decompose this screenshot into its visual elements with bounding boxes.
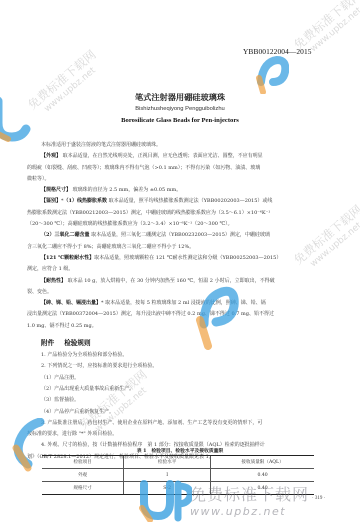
appendix-item: （4）产品停产后重新恢复生产。 [27, 407, 325, 418]
heat-resistance-line: 裂、变色。 [27, 287, 325, 298]
leachables-label: 【砷、锑、铅、镉浸出量】 [41, 300, 101, 306]
appearance-label: 【外观】 [41, 153, 61, 159]
up-logo-icon [253, 52, 289, 94]
appendix-item: （1）产品注册。 [27, 373, 325, 384]
document-body: 本标准适用于盛装注射液的笔式注射器用硼硅玻璃珠。 【外观】 取本品适量，在自然光… [27, 140, 325, 463]
table-cell: S-2 [124, 482, 211, 495]
table-header-row: 检验项目 检验水平 接收质量限（AQL） [42, 456, 314, 469]
table-cell: 0.40 [211, 482, 314, 495]
appendix-item: 1. 产品检验分为全项检验和部分检验。 [27, 350, 325, 361]
appendix-item: 2. 下列情况之一时，应按标准的要求进行全项检验。 [27, 361, 325, 372]
table-caption: 表 1 检验项目、检验水平及接收质量限 [0, 447, 360, 454]
table-cell: I [124, 469, 211, 482]
inspection-table: 检验项目 检验水平 接收质量限（AQL） 外观 I 0.40 规格尺寸 S-2 … [42, 455, 314, 495]
leachables-line: 1.0 mg、镉不得过 0.25 mg。 [27, 321, 325, 332]
water-resistance-label: 【121 ℃颗粒耐水性】 [41, 255, 94, 261]
table-cell: 0.40 [211, 469, 314, 482]
table-row: 规格尺寸 S-2 0.40 [42, 482, 314, 495]
title-chinese: 笔式注射器用硼硅玻璃珠 [0, 92, 360, 103]
standard-number: YBB00122004—2015 [243, 47, 312, 56]
document-page: YBB00122004—2015 笔式注射器用硼硅玻璃珠 Bishizhushe… [0, 0, 360, 522]
dimensions-line: 【规格尺寸】 玻璃珠的直径为 2.5 mm，偏差为 ±0.05 mm。 [27, 185, 325, 196]
table-cell: 外观 [42, 469, 124, 482]
table-header-cell: 检验项目 [42, 456, 124, 469]
appendix-item: 按标准的要求，进行除 "*" 外项目检验。 [27, 429, 325, 440]
water-resistance-line: 【121 ℃颗粒耐水性】取本品适量，照玻璃颗粒在 121 ℃耐水性测定法和分级（… [27, 253, 325, 264]
intro-paragraph: 本标准适用于盛装注射液的笔式注射器用硼硅玻璃珠。 [27, 140, 325, 151]
leachables-line: 【砷、锑、铅、镉浸出量】* 取本品适量，按每 5 粒玻璃珠加 2 ml 浸提液的… [27, 298, 325, 309]
table-header-cell: 检验水平 [124, 456, 211, 469]
water-resistance-line: 测定，应符合 1 级。 [27, 264, 325, 275]
table-cell: 规格尺寸 [42, 482, 124, 495]
identification-label: 【鉴别】 [41, 198, 61, 204]
title-pinyin: Bishizhusheqiyong Pengguibolizhu [0, 106, 360, 112]
leachables-line: 浸出量测定法（YBB00372004—2015）测定，每升浸出液中砷不得过 0.… [27, 309, 325, 320]
table-row: 外观 I 0.40 [42, 469, 314, 482]
appearance-line: 【外观】 取本品适量，在自然光线明亮处，正视目测，应无色透明；表面应光洁、圆整，… [27, 151, 325, 162]
heat-resistance-line: 【耐热性】 取本品 10 g，放入烘箱中，在 30 分钟内加热至 160 ℃，恒… [27, 276, 325, 287]
heat-resistance-label: 【耐热性】 [41, 278, 66, 284]
identification-line: 热膨胀系数测定法（YBB00212003—2015）测定，中硼硅玻璃的线热膨胀系… [27, 208, 325, 219]
dimensions-label: 【规格尺寸】 [41, 187, 71, 193]
identification-line: （20～300 ℃）；高硼硅玻璃的线热膨胀系数应为（3.2～3.4）×10⁻⁶K… [27, 219, 325, 230]
identification-line: 【鉴别】*（1）线热膨胀系数 取本品适量，照平均线热膨胀系数测定法（YBB002… [27, 196, 325, 207]
title-english: Borosilicate Glass Beads for Pen-injecto… [0, 117, 360, 124]
page-number: · 319 · [312, 496, 325, 501]
appendix-item: 3. 产品批准注册后，药包材生产、使用企业在原料产地、添加剂、生产工艺等没有变更… [27, 418, 325, 429]
appearance-line: 微粒等）。 [27, 174, 325, 185]
appearance-line: 的瑕疵（如裂缝、刮痕、凹痕等）；玻璃珠内不得有气泡（>0.1 mm）；不得有污染… [27, 163, 325, 174]
appendix-item: （3）监督抽验。 [27, 395, 325, 406]
identification-line: 含三氧化二硼应不得小于 8%；高硼硅玻璃含三氧化二硼应不得小于 12%。 [27, 242, 325, 253]
appendix-item: （2）产品出现重大质量事故后重新生产。 [27, 384, 325, 395]
identification-line: （2）三氧化二硼含量 取本品适量，照三氧化二硼测定法（YBB00232003—2… [27, 230, 325, 241]
table-header-cell: 接收质量限（AQL） [211, 456, 314, 469]
appendix-heading: 附件检验规则 [27, 336, 325, 350]
